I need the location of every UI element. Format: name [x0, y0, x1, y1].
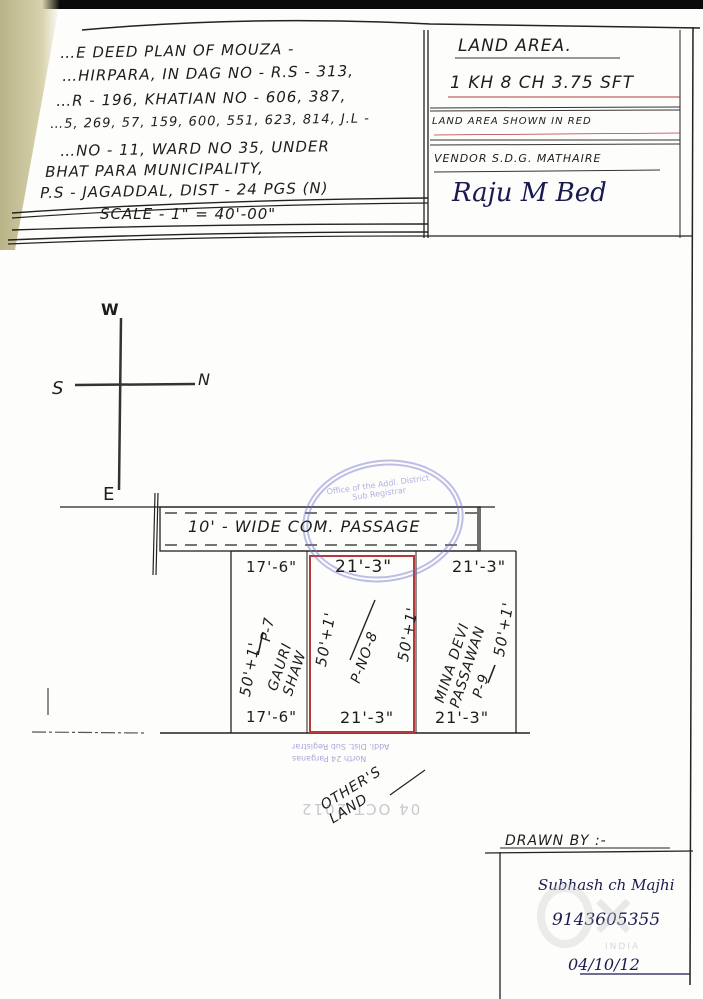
plot-right-bottom-width: 21'-3"	[435, 708, 489, 727]
watermark-o-shape	[537, 884, 593, 948]
plot-left-top-width: 17'-6"	[246, 558, 297, 576]
watermark-x-shape: ×	[589, 880, 640, 948]
plot-center-bottom-width: 21'-3"	[340, 708, 394, 727]
plot-right-top-width: 21'-3"	[452, 557, 506, 576]
scale-label: SCALE - 1" = 40'-00"	[100, 205, 276, 223]
watermark-region: INDIA	[605, 942, 640, 952]
compass-right-label: N	[198, 370, 211, 389]
drawn-by-label: DRAWN BY :-	[505, 833, 607, 849]
vendor-label: VENDOR S.D.G. MATHAIRE	[434, 152, 602, 165]
rubber-stamp-line-1: Addl. Dist. Sub Registrar	[292, 742, 390, 751]
compass-left-label: S	[52, 378, 64, 399]
land-area-note: LAND AREA SHOWN IN RED	[432, 116, 592, 127]
plot-center-top-width: 21'-3"	[335, 557, 392, 577]
passage-label: 10' - WIDE COM. PASSAGE	[188, 517, 421, 536]
compass-bottom-label: E	[103, 484, 115, 505]
vendor-signature: Raju M Bed	[452, 178, 607, 208]
olx-watermark: × INDIA	[535, 880, 645, 950]
land-area-heading: LAND AREA.	[458, 36, 572, 56]
compass-top-label: W	[101, 300, 120, 319]
title-line-6: BHAT PARA MUNICIPALITY,	[45, 159, 264, 181]
drawn-by-date: 04/10/12	[568, 955, 640, 974]
rubber-stamp-line-2: North 24 Parganas	[292, 754, 366, 763]
land-area-value: 1 KH 8 CH 3.75 SFT	[450, 73, 634, 93]
plot-left-bottom-width: 17'-6"	[246, 708, 297, 726]
